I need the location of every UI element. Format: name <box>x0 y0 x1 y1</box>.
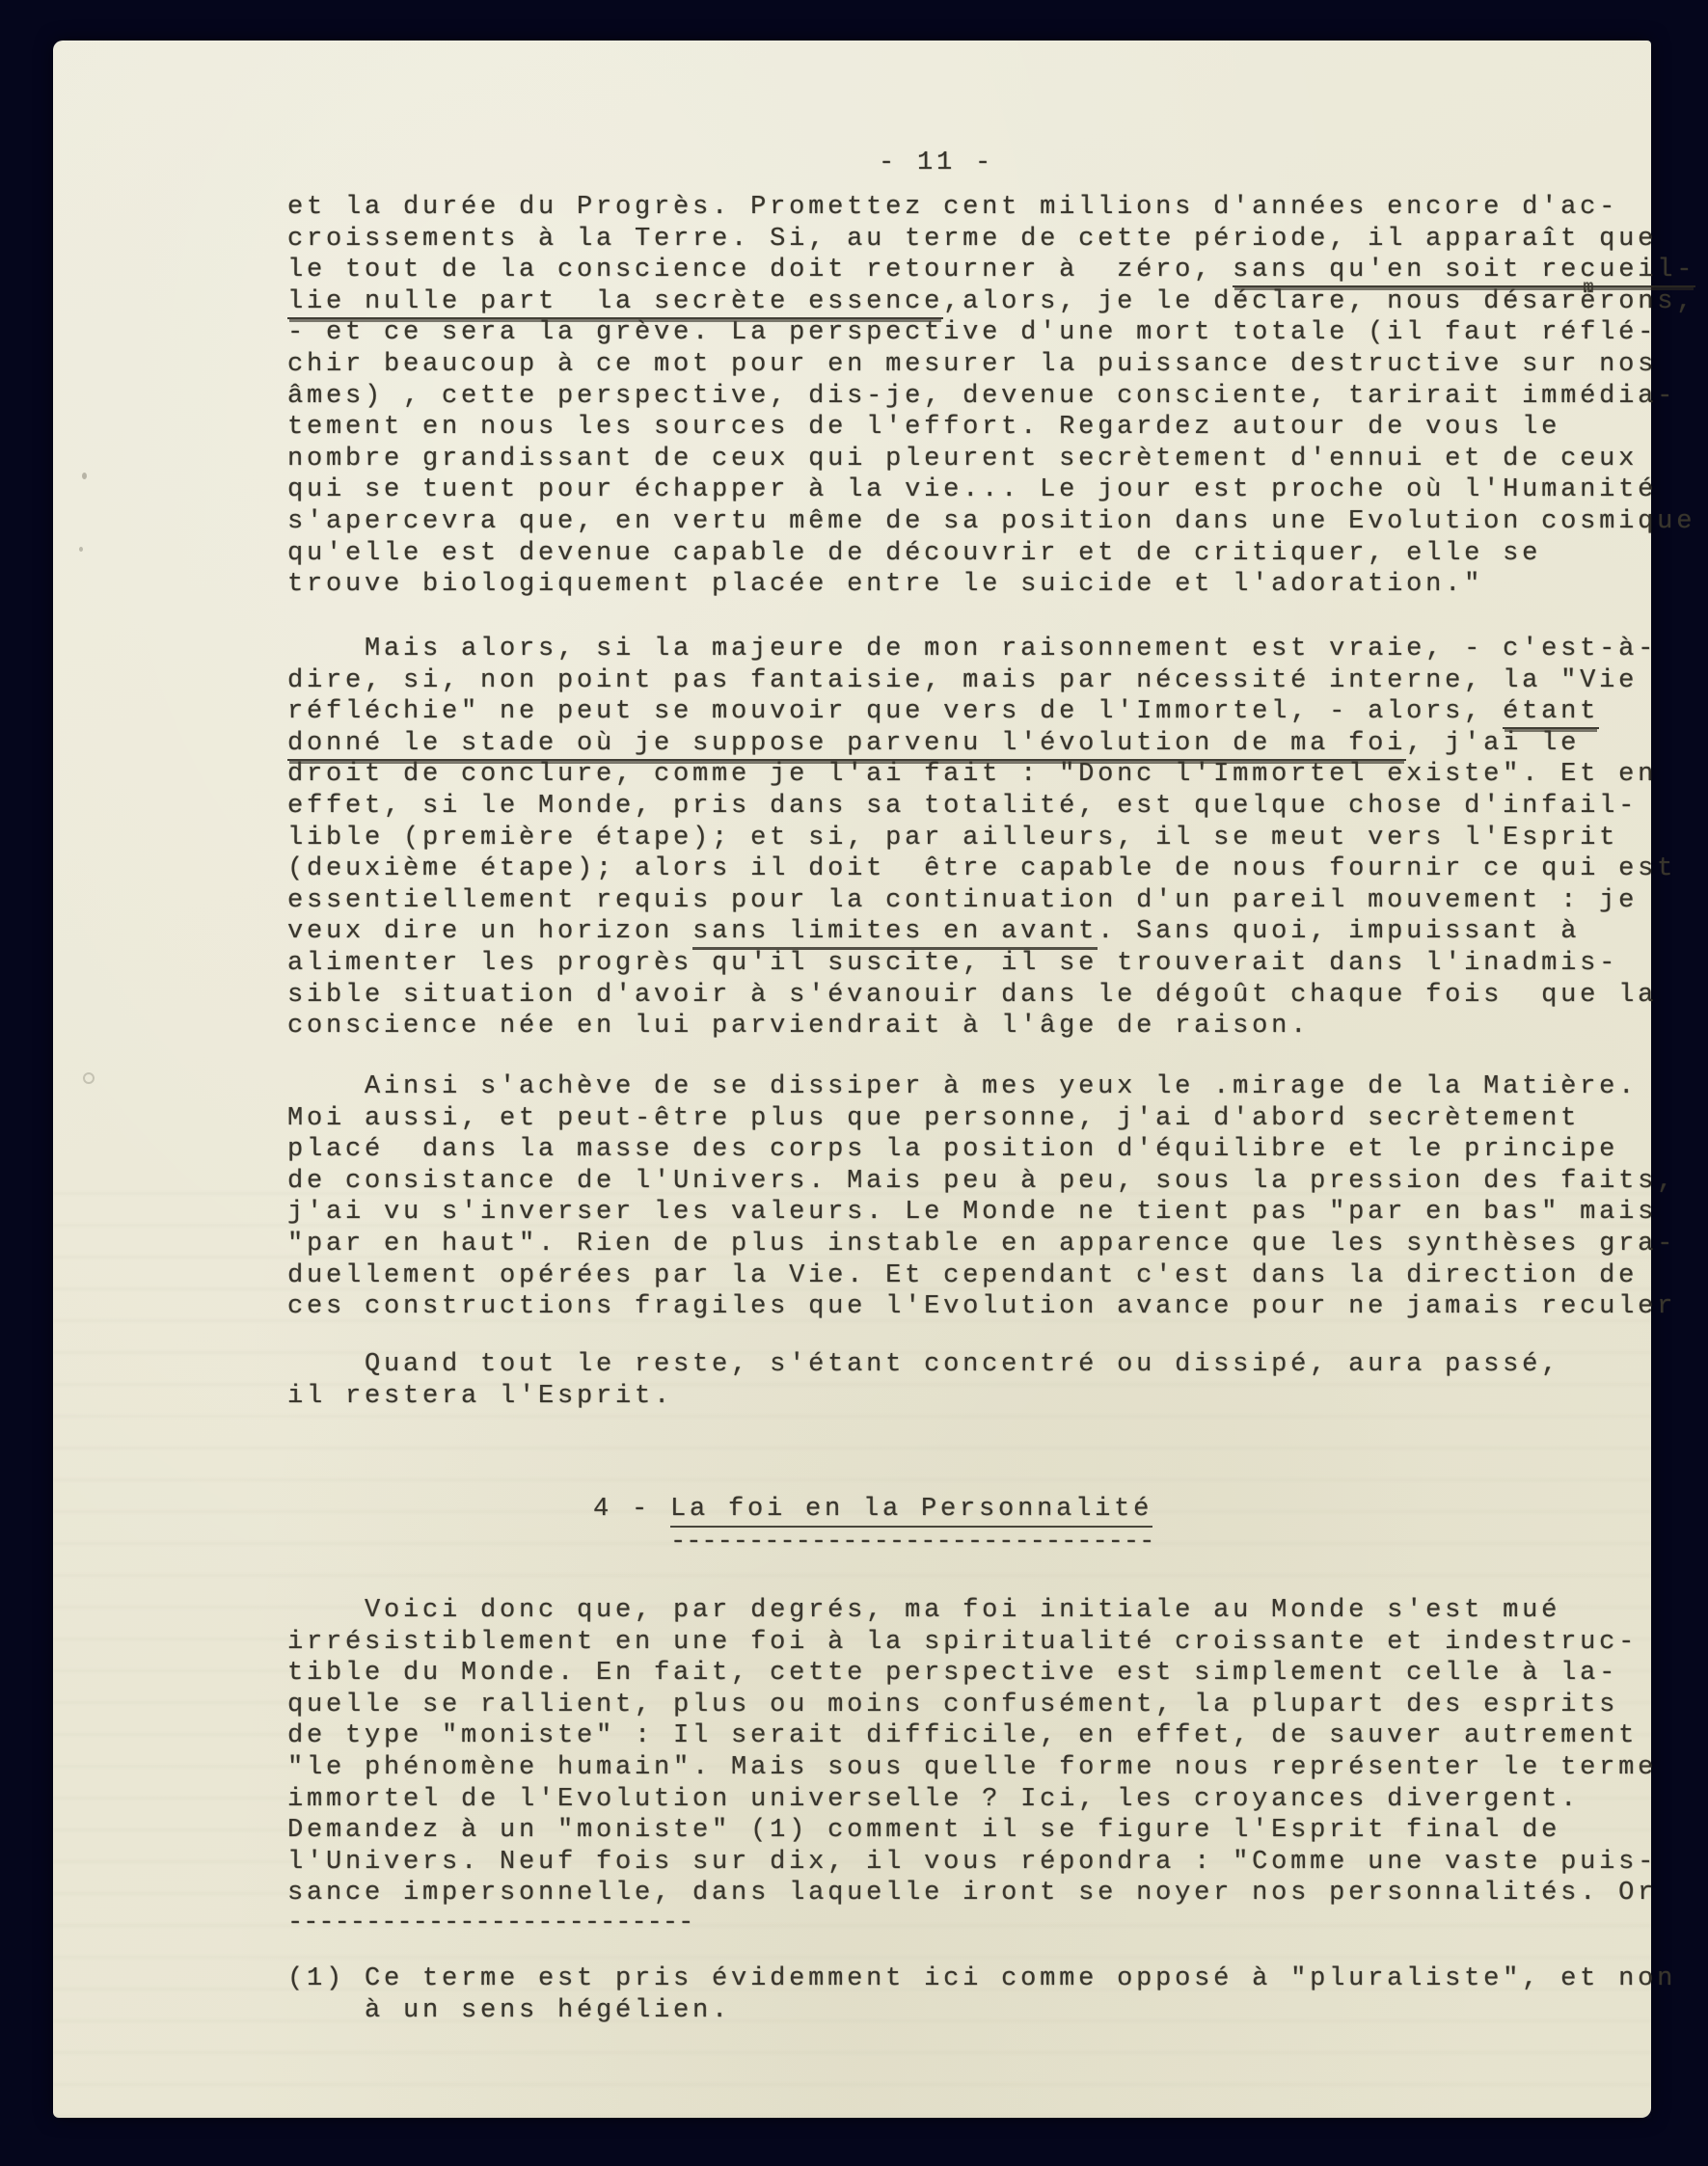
text-segment: 4 - <box>593 1495 670 1524</box>
text-segment: droit de conclure, comme je l'ai fait : … <box>287 760 1657 789</box>
text-segment: placé dans la masse des corps la positio… <box>287 1135 1618 1164</box>
text-line: Quand tout le reste, s'étant concentré o… <box>287 1349 1560 1381</box>
text-line: (deuxième étape); alors il doit être cap… <box>287 853 1676 885</box>
text-segment: Moi aussi, et peut-être plus que personn… <box>287 1104 1580 1133</box>
text-line: droit de conclure, comme je l'ai fait : … <box>287 759 1676 791</box>
text-segment: trouve biologiquement placée entre le su… <box>287 570 1483 599</box>
text-segment: ,alors, je le déclare, nous désar <box>943 287 1580 316</box>
text-segment: (deuxième étape); alors il doit être cap… <box>287 854 1676 883</box>
text-segment: ------------------------------- <box>670 1528 1154 1557</box>
text-line: Voici donc que, par degrés, ma foi initi… <box>287 1595 1657 1627</box>
text-segment: tement en nous les sources de l'effort. … <box>287 413 1560 442</box>
paragraph-4: Quand tout le reste, s'étant concentré o… <box>287 1349 1560 1412</box>
text-segment: "par en haut". Rien de plus instable en … <box>287 1230 1676 1259</box>
text-line: veux dire un horizon sans limites en ava… <box>287 916 1676 948</box>
text-line: croissements à la Terre. Si, au terme de… <box>287 224 1695 256</box>
text-line: chir beaucoup à ce mot pour en mesurer l… <box>287 349 1695 381</box>
text-line: placé dans la masse des corps la positio… <box>287 1134 1676 1166</box>
text-line: (1) Ce terme est pris évidemment ici com… <box>287 1963 1676 1995</box>
text-segment: qui se tuent pour échapper à la vie... L… <box>287 475 1657 504</box>
text-segment: rons, <box>1599 287 1695 316</box>
text-line: 4 - La foi en la Personnalité <box>593 1494 1152 1526</box>
text-line: essentiellement requis pour la continuat… <box>287 885 1676 917</box>
text-line: qu'elle est devenue capable de découvrir… <box>287 538 1695 570</box>
text-segment: à un sens hégélien. <box>287 1996 731 2025</box>
text-line: - et ce sera la grève. La perspective d'… <box>287 317 1695 349</box>
text-segment: chir beaucoup à ce mot pour en mesurer l… <box>287 350 1657 379</box>
text-line: duellement opérées par la Vie. Et cepend… <box>287 1260 1676 1292</box>
text-line: ces constructions fragiles que l'Evoluti… <box>287 1291 1676 1323</box>
typed-correction-mark: m <box>1583 272 1593 304</box>
text-segment: sance impersonnelle, dans laquelle iront… <box>287 1879 1657 1908</box>
text-line: l'Univers. Neuf fois sur dix, il vous ré… <box>287 1847 1657 1879</box>
text-segment: conscience née en lui parviendrait à l'â… <box>287 1012 1310 1041</box>
text-segment: irrésistiblement en une foi à la spiritu… <box>287 1628 1638 1657</box>
text-line: irrésistiblement en une foi à la spiritu… <box>287 1627 1657 1659</box>
paragraph-3: Ainsi s'achève de se dissiper à mes yeux… <box>287 1071 1676 1323</box>
section-heading-underline: ------------------------------- <box>670 1527 1154 1558</box>
text-segment: sans qu'en soit recueil- <box>1233 256 1695 287</box>
text-line: nombre grandissant de ceux qui pleurent … <box>287 444 1695 475</box>
paper-speck <box>83 1072 95 1084</box>
text-segment: La foi en la Personnalité <box>670 1495 1152 1528</box>
paper: - 11 - et la durée du Progrès. Promettez… <box>53 41 1651 2118</box>
text-segment: dire, si, non point pas fantaisie, mais … <box>287 666 1638 695</box>
text-line: "par en haut". Rien de plus instable en … <box>287 1229 1676 1260</box>
text-segment: le tout de la conscience doit retourner … <box>287 256 1233 284</box>
paper-speck <box>82 473 87 479</box>
text-segment: duellement opérées par la Vie. Et cepend… <box>287 1261 1638 1290</box>
text-segment: effet, si le Monde, pris dans sa totalit… <box>287 792 1638 821</box>
text-segment: sans limites en avant <box>692 917 1098 950</box>
text-line: Demandez à un "moniste" (1) comment il s… <box>287 1815 1657 1847</box>
text-segment: l'Univers. Neuf fois sur dix, il vous ré… <box>287 1848 1657 1877</box>
text-segment: Mais alors, si la majeure de mon raisonn… <box>287 635 1657 663</box>
text-segment: Demandez à un "moniste" (1) comment il s… <box>287 1816 1560 1845</box>
text-line: le tout de la conscience doit retourner … <box>287 255 1695 286</box>
text-line: à un sens hégélien. <box>287 1995 1676 2027</box>
text-line: alimenter les progrès qu'il suscite, il … <box>287 948 1676 980</box>
text-line: conscience née en lui parviendrait à l'â… <box>287 1011 1676 1042</box>
text-segment: de type "moniste" : Il serait difficile,… <box>287 1721 1638 1750</box>
text-segment: alimenter les progrès qu'il suscite, il … <box>287 949 1618 978</box>
text-line: Ainsi s'achève de se dissiper à mes yeux… <box>287 1071 1676 1103</box>
text-segment: croissements à la Terre. Si, au terme de… <box>287 225 1657 254</box>
text-segment: ëm <box>1580 286 1599 318</box>
text-segment: de consistance de l'Univers. Mais peu à … <box>287 1167 1676 1196</box>
text-line: de type "moniste" : Il serait difficile,… <box>287 1720 1657 1752</box>
text-segment: immortel de l'Evolution universelle ? Ic… <box>287 1785 1580 1814</box>
text-segment: . Sans quoi, impuissant à <box>1098 917 1580 946</box>
footnote: (1) Ce terme est pris évidemment ici com… <box>287 1963 1676 2026</box>
text-segment: lible (première étape); et si, par aille… <box>287 824 1618 853</box>
text-line: s'apercevra que, en vertu même de sa pos… <box>287 506 1695 538</box>
section-heading: 4 - La foi en la Personnalité <box>593 1494 1152 1526</box>
scanned-page-background: - 11 - et la durée du Progrès. Promettez… <box>0 0 1708 2166</box>
text-line: âmes) , cette perspective, dis-je, deven… <box>287 381 1695 413</box>
text-segment: - et ce sera la grève. La perspective d'… <box>287 318 1657 347</box>
text-segment: veux dire un horizon <box>287 917 692 946</box>
text-line: Moi aussi, et peut-être plus que personn… <box>287 1103 1676 1135</box>
text-segment: et la durée du Progrès. Promettez cent m… <box>287 193 1618 222</box>
text-segment: nombre grandissant de ceux qui pleurent … <box>287 445 1638 474</box>
text-line: tement en nous les sources de l'effort. … <box>287 412 1695 444</box>
text-segment: lie nulle part la secrète essence <box>287 287 943 319</box>
text-segment: donné le stade où je suppose parvenu l'é… <box>287 729 1406 761</box>
text-segment: j'ai vu s'inverser les valeurs. Le Monde… <box>287 1198 1657 1227</box>
text-segment: essentiellement requis pour la continuat… <box>287 886 1638 915</box>
paragraph-5: Voici donc que, par degrés, ma foi initi… <box>287 1595 1657 1909</box>
text-line: -------------------------- <box>287 1908 693 1939</box>
text-segment: Voici donc que, par degrés, ma foi initi… <box>287 1596 1560 1625</box>
text-segment: quelle se rallient, plus ou moins confus… <box>287 1691 1618 1719</box>
text-line: effet, si le Monde, pris dans sa totalit… <box>287 791 1676 823</box>
text-segment: Quand tout le reste, s'étant concentré o… <box>287 1350 1560 1379</box>
text-line: dire, si, non point pas fantaisie, mais … <box>287 665 1676 697</box>
text-segment: ces constructions fragiles que l'Evoluti… <box>287 1292 1676 1321</box>
text-line: de consistance de l'Univers. Mais peu à … <box>287 1166 1676 1198</box>
text-segment: réfléchie" ne peut se mouvoir que vers d… <box>287 697 1503 726</box>
text-line: quelle se rallient, plus ou moins confus… <box>287 1690 1657 1721</box>
text-line: et la durée du Progrès. Promettez cent m… <box>287 192 1695 224</box>
text-line: j'ai vu s'inverser les valeurs. Le Monde… <box>287 1197 1676 1229</box>
text-segment: étant <box>1503 697 1599 729</box>
paragraph-1: et la durée du Progrès. Promettez cent m… <box>287 192 1695 601</box>
paper-speck <box>79 547 83 552</box>
text-line: immortel de l'Evolution universelle ? Ic… <box>287 1784 1657 1816</box>
text-line: ------------------------------- <box>670 1527 1154 1558</box>
text-segment: "le phénomène humain". Mais sous quelle … <box>287 1753 1657 1782</box>
text-line: sible situation d'avoir à s'évanouir dan… <box>287 980 1676 1012</box>
text-line: qui se tuent pour échapper à la vie... L… <box>287 474 1695 506</box>
text-segment: (1) Ce terme est pris évidemment ici com… <box>287 1964 1676 1993</box>
text-segment: tible du Monde. En fait, cette perspecti… <box>287 1659 1618 1688</box>
text-line: réfléchie" ne peut se mouvoir que vers d… <box>287 696 1676 728</box>
page-number: - 11 - <box>879 148 994 179</box>
text-segment: sible situation d'avoir à s'évanouir dan… <box>287 981 1657 1010</box>
text-line: lie nulle part la secrète essence,alors,… <box>287 286 1695 318</box>
text-line: sance impersonnelle, dans laquelle iront… <box>287 1878 1657 1909</box>
text-segment: , j'ai le <box>1406 729 1580 758</box>
text-segment: il restera l'Esprit. <box>287 1382 673 1411</box>
text-segment: Ainsi s'achève de se dissiper à mes yeux… <box>287 1072 1638 1101</box>
text-line: trouve biologiquement placée entre le su… <box>287 569 1695 601</box>
text-line: Mais alors, si la majeure de mon raisonn… <box>287 634 1676 665</box>
text-line: lible (première étape); et si, par aille… <box>287 823 1676 854</box>
footnote-separator: -------------------------- <box>287 1908 693 1939</box>
text-line: il restera l'Esprit. <box>287 1381 1560 1413</box>
text-line: "le phénomène humain". Mais sous quelle … <box>287 1752 1657 1784</box>
text-segment: qu'elle est devenue capable de découvrir… <box>287 539 1541 568</box>
text-segment: -------------------------- <box>287 1909 693 1937</box>
text-line: tible du Monde. En fait, cette perspecti… <box>287 1658 1657 1690</box>
text-line: donné le stade où je suppose parvenu l'é… <box>287 728 1676 760</box>
text-segment: âmes) , cette perspective, dis-je, deven… <box>287 382 1676 411</box>
paragraph-2: Mais alors, si la majeure de mon raisonn… <box>287 634 1676 1042</box>
text-segment: s'apercevra que, en vertu même de sa pos… <box>287 507 1695 536</box>
